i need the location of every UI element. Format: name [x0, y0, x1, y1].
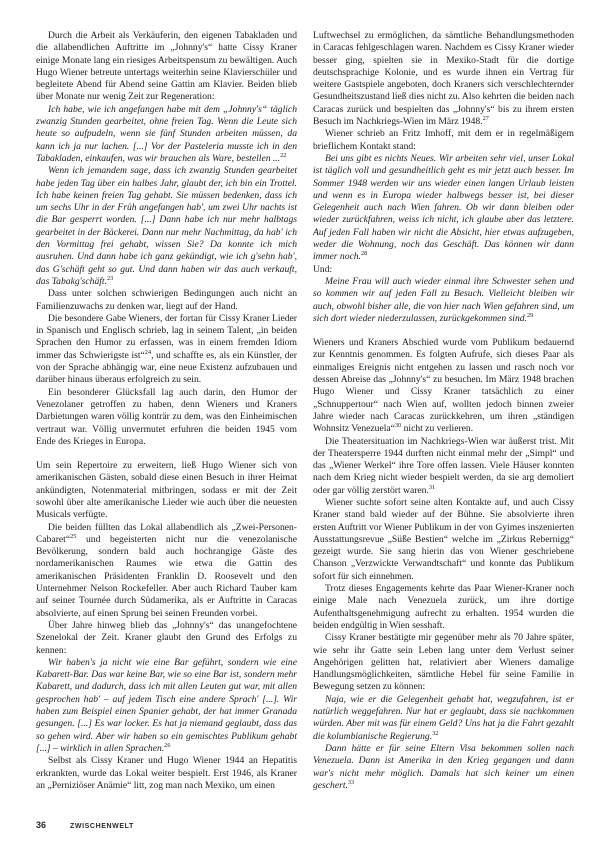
footnote-reference: 27 [483, 115, 489, 122]
quote-paragraph: Wir haben's ja nicht wie eine Bar geführ… [36, 657, 297, 755]
quote-paragraph: Ich habe, wie ich angefangen habe mit de… [36, 104, 297, 165]
body-paragraph: Luftwechsel zu ermöglichen, da sämtliche… [313, 30, 574, 128]
footnote-reference: 29 [527, 312, 533, 319]
body-paragraph: Um sein Repertoire zu erweitern, ließ Hu… [36, 460, 297, 521]
footnote-reference: 31 [429, 484, 435, 491]
quote-paragraph: Dann hätte er für seine Eltern Visa beko… [313, 743, 574, 792]
book-page: Durch die Arbeit als Verkäuferin, den ei… [0, 0, 600, 849]
footnote-reference: 24 [145, 349, 151, 356]
body-paragraph: Selbst als Cissy Kraner und Hugo Wiener … [36, 755, 297, 792]
body-paragraph: Durch die Arbeit als Verkäuferin, den ei… [36, 30, 297, 104]
footnote-reference: 28 [361, 250, 367, 257]
quote-paragraph: Bei uns gibt es nichts Neues. Wir arbeit… [313, 153, 574, 264]
body-paragraph: Wiener suchte sofort seine alten Kontakt… [313, 497, 574, 583]
quote-paragraph: Meine Frau will auch wieder einmal ihre … [313, 276, 574, 325]
footnote-reference: 25 [70, 533, 76, 540]
quote-paragraph: Wenn ich jemandem sage, dass ich zwanzig… [36, 165, 297, 288]
footnote-reference: 30 [395, 422, 401, 429]
page-footer: 36 ZWISCHENWELT [36, 820, 134, 830]
body-paragraph: Dass unter solchen schwierigen Bedingung… [36, 288, 297, 313]
footnote-reference: 32 [432, 729, 438, 736]
body-paragraph: Wiener schrieb an Fritz Imhoff, mit dem … [313, 128, 574, 153]
footnote-reference: 22 [280, 152, 286, 159]
text-columns: Durch die Arbeit als Verkäuferin, den ei… [36, 30, 574, 814]
body-paragraph: Die beiden füllten das Lokal allabendlic… [36, 522, 297, 620]
left-column: Durch die Arbeit als Verkäuferin, den ei… [36, 30, 297, 814]
journal-title: ZWISCHENWELT [70, 823, 134, 830]
footnote-reference: 26 [164, 742, 170, 749]
body-paragraph: Wieners und Kraners Abschied wurde vom P… [313, 337, 574, 435]
page-number: 36 [36, 820, 46, 830]
footnote-reference: 33 [348, 779, 354, 786]
body-paragraph: Trotz dieses Engagements kehrte das Paar… [313, 583, 574, 632]
body-paragraph: Über Jahre hinweg blieb das „Johnny's“ d… [36, 620, 297, 657]
right-column: Luftwechsel zu ermöglichen, da sämtliche… [313, 30, 574, 814]
footnote-reference: 23 [107, 275, 113, 282]
body-paragraph: Die besondere Gabe Wieners, der fortan f… [36, 313, 297, 387]
body-paragraph: Ein besonderer Glücksfall lag auch darin… [36, 387, 297, 448]
body-paragraph: Und: [313, 264, 574, 276]
quote-paragraph: Naja, wie er die Gelegenheit gehabt hat,… [313, 694, 574, 743]
body-paragraph: Die Theatersituation im Nachkriegs-Wien … [313, 436, 574, 497]
body-paragraph: Cissy Kraner bestätigte mir gegenüber me… [313, 632, 574, 693]
